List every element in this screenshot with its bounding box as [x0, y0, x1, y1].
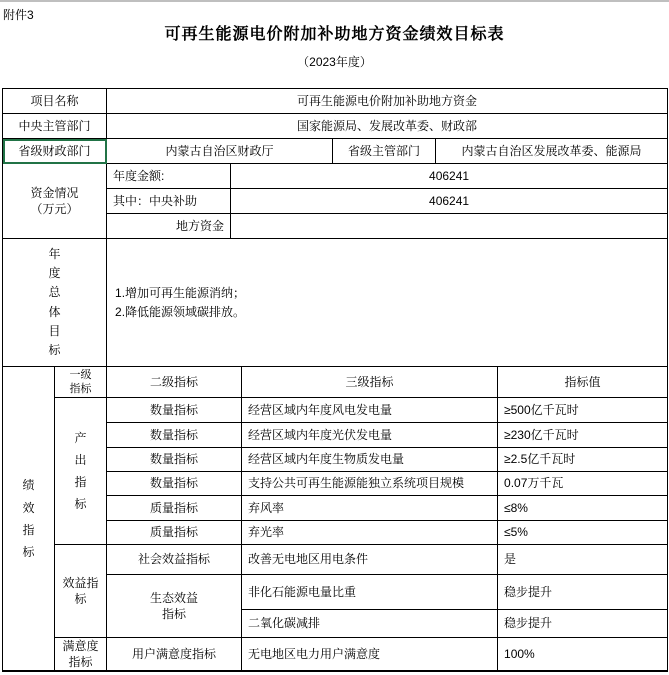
- cell-annual-goal-content[interactable]: 1.增加可再生能源消纳； 2.降低能源领域碳排放。: [107, 239, 668, 367]
- cell-level3[interactable]: 非化石能源电量比重: [242, 575, 498, 610]
- cell-group-satisfaction-label[interactable]: 满意度指标: [55, 638, 107, 672]
- cell-provincial-finance-label-selected[interactable]: 省级财政部门: [3, 139, 107, 164]
- cell-level3[interactable]: 经营区域内年度生物质发电量: [242, 448, 498, 472]
- group-output-label-text: 产出指标: [74, 427, 88, 516]
- cell-level3[interactable]: 改善无电地区用电条件: [242, 545, 498, 575]
- cell-level2[interactable]: 用户满意度指标: [107, 638, 242, 672]
- cell-group-output-label[interactable]: 产出指标: [55, 398, 107, 545]
- cell-level3[interactable]: 经营区域内年度风电发电量: [242, 398, 498, 423]
- table-row: 资金情况（万元） 年度金额: 406241: [3, 164, 668, 189]
- cell-level2[interactable]: 数量指标: [107, 448, 242, 472]
- cell-annual-goal-label[interactable]: 年度总体目标: [3, 239, 107, 367]
- page-subtitle: （2023年度）: [0, 53, 669, 70]
- table-row: 满意度指标 用户满意度指标 无电地区电力用户满意度 100%: [3, 638, 668, 672]
- cell-local-fund-label[interactable]: 地方资金: [107, 214, 231, 239]
- cell-level2[interactable]: 质量指标: [107, 496, 242, 521]
- funding-label-text: 资金情况（万元）: [30, 185, 80, 217]
- cell-funding-label[interactable]: 资金情况（万元）: [3, 164, 107, 239]
- cell-performance-section-label[interactable]: 绩效指标: [3, 367, 55, 672]
- cell-local-fund-value[interactable]: [231, 214, 668, 239]
- performance-target-table: 项目名称 可再生能源电价附加补助地方资金 中央主管部门 国家能源局、发展改革委、…: [2, 88, 668, 672]
- table-row: 年度总体目标 1.增加可再生能源消纳； 2.降低能源领域碳排放。: [3, 239, 668, 367]
- cell-level3[interactable]: 弃风率: [242, 496, 498, 521]
- cell-level3[interactable]: 弃光率: [242, 521, 498, 545]
- cell-central-dept-label[interactable]: 中央主管部门: [3, 114, 107, 139]
- table-row: 中央主管部门 国家能源局、发展改革委、财政部: [3, 114, 668, 139]
- cell-project-name-value[interactable]: 可再生能源电价附加补助地方资金: [107, 89, 668, 114]
- cell-header-level1[interactable]: 一级指标: [55, 367, 107, 398]
- table-row: 效益指标 社会效益指标 改善无电地区用电条件 是: [3, 545, 668, 575]
- page-title: 可再生能源电价附加补助地方资金绩效目标表: [0, 21, 669, 44]
- cell-indicator-value[interactable]: ≤5%: [498, 521, 668, 545]
- cell-header-value[interactable]: 指标值: [498, 367, 668, 398]
- cell-level3[interactable]: 支持公共可再生能源能独立系统项目规模: [242, 472, 498, 496]
- eco-benefit-label-text: 生态效益指标: [149, 590, 199, 622]
- cell-indicator-value[interactable]: 稳步提升: [498, 610, 668, 638]
- annual-goal-line: 1.增加可再生能源消纳；: [115, 284, 665, 303]
- table-row: 产出指标 数量指标 经营区域内年度风电发电量 ≥500亿千瓦时: [3, 398, 668, 423]
- cell-central-subsidy-label[interactable]: 其中：中央补助: [107, 189, 231, 214]
- cell-level2-eco-benefit[interactable]: 生态效益指标: [107, 575, 242, 638]
- cell-indicator-value[interactable]: ≥500亿千瓦时: [498, 398, 668, 423]
- cell-project-name-label[interactable]: 项目名称: [3, 89, 107, 114]
- cell-annual-amount-value[interactable]: 406241: [231, 164, 668, 189]
- cell-level3[interactable]: 二氧化碳减排: [242, 610, 498, 638]
- table-row: 绩效指标 一级指标 二级指标 三级指标 指标值: [3, 367, 668, 398]
- cell-provincial-finance-value[interactable]: 内蒙古自治区财政厅: [107, 139, 333, 164]
- cell-indicator-value[interactable]: ≥230亿千瓦时: [498, 423, 668, 448]
- cell-indicator-value[interactable]: 0.07万千瓦: [498, 472, 668, 496]
- cell-level2[interactable]: 数量指标: [107, 423, 242, 448]
- table-row: 项目名称 可再生能源电价附加补助地方资金: [3, 89, 668, 114]
- cell-level3[interactable]: 经营区域内年度光伏发电量: [242, 423, 498, 448]
- cell-group-benefit-label[interactable]: 效益指标: [55, 545, 107, 638]
- cell-central-dept-value[interactable]: 国家能源局、发展改革委、财政部: [107, 114, 668, 139]
- cell-header-level3[interactable]: 三级指标: [242, 367, 498, 398]
- annual-goal-label-text: 年度总体目标: [48, 245, 62, 360]
- group-benefit-label-text: 效益指标: [61, 575, 101, 607]
- cell-header-level2[interactable]: 二级指标: [107, 367, 242, 398]
- cell-provincial-dept-label[interactable]: 省级主管部门: [333, 139, 436, 164]
- cell-indicator-value[interactable]: 稳步提升: [498, 575, 668, 610]
- cell-annual-amount-label[interactable]: 年度金额:: [107, 164, 231, 189]
- cell-provincial-dept-value[interactable]: 内蒙古自治区发展改革委、能源局: [436, 139, 668, 164]
- window-top-divider: [0, 0, 669, 2]
- cell-indicator-value[interactable]: ≥2.5亿千瓦时: [498, 448, 668, 472]
- cell-central-subsidy-value[interactable]: 406241: [231, 189, 668, 214]
- cell-indicator-value[interactable]: 100%: [498, 638, 668, 672]
- cell-level2[interactable]: 质量指标: [107, 521, 242, 545]
- cell-level2[interactable]: 数量指标: [107, 398, 242, 423]
- cell-level2[interactable]: 数量指标: [107, 472, 242, 496]
- cell-indicator-value[interactable]: ≤8%: [498, 496, 668, 521]
- cell-level2[interactable]: 社会效益指标: [107, 545, 242, 575]
- cell-indicator-value[interactable]: 是: [498, 545, 668, 575]
- annual-goal-line: 2.降低能源领域碳排放。: [115, 303, 665, 322]
- performance-section-label-text: 绩效指标: [22, 474, 36, 563]
- group-satisfaction-label-text: 满意度指标: [61, 638, 101, 670]
- table-row: 省级财政部门 内蒙古自治区财政厅 省级主管部门 内蒙古自治区发展改革委、能源局: [3, 139, 668, 164]
- header-level1-text: 一级指标: [69, 368, 93, 397]
- cell-level3[interactable]: 无电地区电力用户满意度: [242, 638, 498, 672]
